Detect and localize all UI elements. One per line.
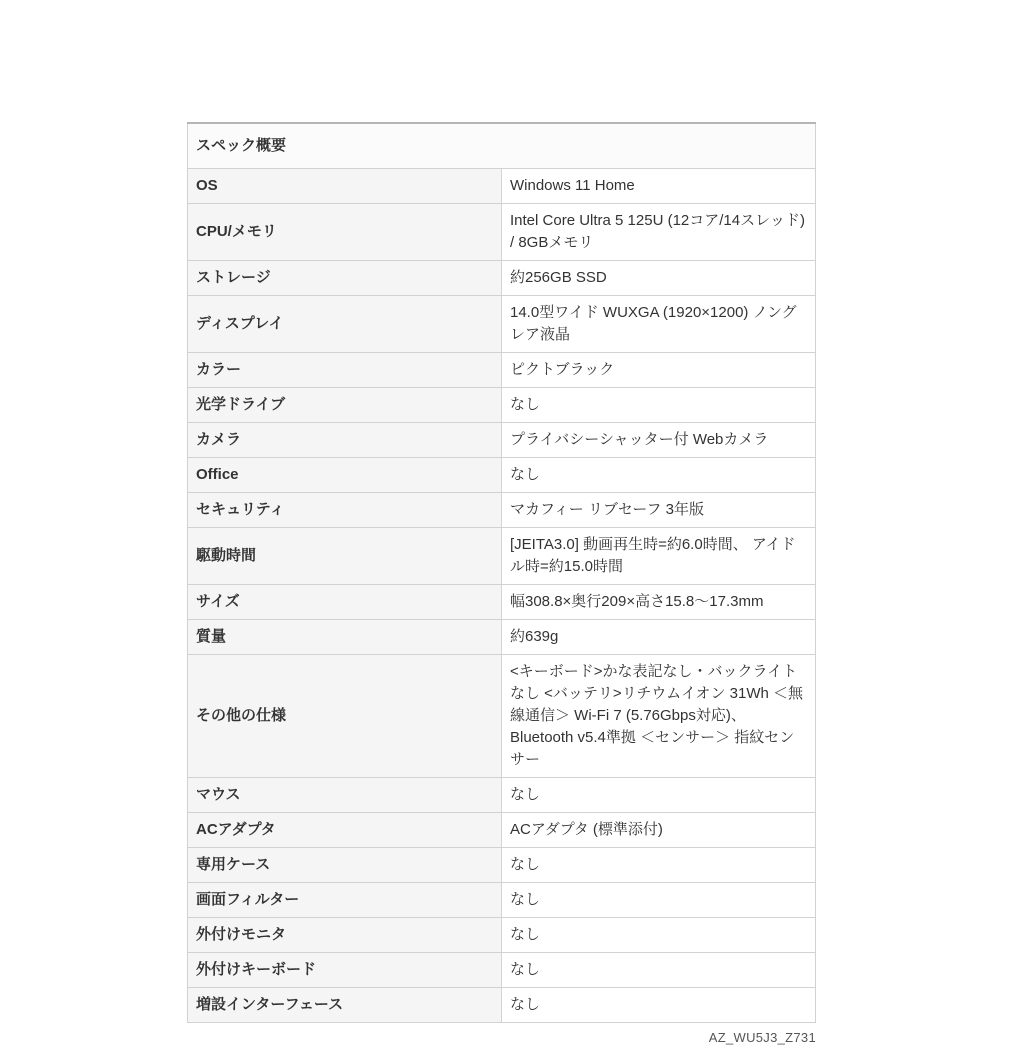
spec-value: ピクトブラック — [502, 352, 816, 387]
spec-label: 外付けモニタ — [188, 917, 502, 952]
spec-value: なし — [502, 457, 816, 492]
spec-label: セキュリティ — [188, 492, 502, 527]
spec-value: なし — [502, 847, 816, 882]
spec-value: なし — [502, 777, 816, 812]
table-row: Office なし — [188, 457, 816, 492]
spec-label: カラー — [188, 352, 502, 387]
spec-label: ストレージ — [188, 260, 502, 295]
spec-table-title-row: スペック概要 — [188, 123, 816, 168]
table-row: 光学ドライブ なし — [188, 387, 816, 422]
table-row: 増設インターフェース なし — [188, 987, 816, 1022]
spec-section: スペック概要 OS Windows 11 Home CPU/メモリ Intel … — [187, 122, 816, 1045]
spec-value: <キーボード>かな表記なし・バックライトなし <バッテリ>リチウムイオン 31W… — [502, 654, 816, 777]
table-row: 専用ケース なし — [188, 847, 816, 882]
spec-value: 約639g — [502, 619, 816, 654]
spec-value: なし — [502, 917, 816, 952]
table-row: ACアダプタ ACアダプタ (標準添付) — [188, 812, 816, 847]
spec-value: なし — [502, 882, 816, 917]
spec-label: OS — [188, 168, 502, 203]
spec-label: マウス — [188, 777, 502, 812]
table-row: 質量 約639g — [188, 619, 816, 654]
spec-table-body: OS Windows 11 Home CPU/メモリ Intel Core Ul… — [188, 168, 816, 1022]
spec-value: 約256GB SSD — [502, 260, 816, 295]
spec-value: プライバシーシャッター付 Webカメラ — [502, 422, 816, 457]
spec-label: 外付けキーボード — [188, 952, 502, 987]
table-row: ディスプレイ 14.0型ワイド WUXGA (1920×1200) ノングレア液… — [188, 295, 816, 352]
table-row: マウス なし — [188, 777, 816, 812]
spec-label: ACアダプタ — [188, 812, 502, 847]
spec-value: マカフィー リブセーフ 3年版 — [502, 492, 816, 527]
spec-value: なし — [502, 987, 816, 1022]
spec-label: 画面フィルター — [188, 882, 502, 917]
table-row: セキュリティ マカフィー リブセーフ 3年版 — [188, 492, 816, 527]
table-row: CPU/メモリ Intel Core Ultra 5 125U (12コア/14… — [188, 203, 816, 260]
table-row: 外付けキーボード なし — [188, 952, 816, 987]
table-row: 外付けモニタ なし — [188, 917, 816, 952]
table-row: カメラ プライバシーシャッター付 Webカメラ — [188, 422, 816, 457]
model-code: AZ_WU5J3_Z731 — [187, 1030, 816, 1045]
spec-label: 専用ケース — [188, 847, 502, 882]
spec-table-title: スペック概要 — [188, 123, 816, 168]
spec-label: Office — [188, 457, 502, 492]
spec-value: なし — [502, 387, 816, 422]
spec-value: 幅308.8×奥行209×高さ15.8～17.3mm — [502, 584, 816, 619]
spec-value: ACアダプタ (標準添付) — [502, 812, 816, 847]
table-row: その他の仕様 <キーボード>かな表記なし・バックライトなし <バッテリ>リチウム… — [188, 654, 816, 777]
spec-label: 駆動時間 — [188, 527, 502, 584]
table-row: サイズ 幅308.8×奥行209×高さ15.8～17.3mm — [188, 584, 816, 619]
spec-table: スペック概要 OS Windows 11 Home CPU/メモリ Intel … — [187, 122, 816, 1023]
spec-value: [JEITA3.0] 動画再生時=約6.0時間、 アイドル時=約15.0時間 — [502, 527, 816, 584]
table-row: カラー ピクトブラック — [188, 352, 816, 387]
spec-value: なし — [502, 952, 816, 987]
table-row: 駆動時間 [JEITA3.0] 動画再生時=約6.0時間、 アイドル時=約15.… — [188, 527, 816, 584]
spec-label: その他の仕様 — [188, 654, 502, 777]
spec-label: ディスプレイ — [188, 295, 502, 352]
spec-label: CPU/メモリ — [188, 203, 502, 260]
spec-label: サイズ — [188, 584, 502, 619]
spec-label: 光学ドライブ — [188, 387, 502, 422]
spec-label: 増設インターフェース — [188, 987, 502, 1022]
spec-label: カメラ — [188, 422, 502, 457]
table-row: OS Windows 11 Home — [188, 168, 816, 203]
table-row: ストレージ 約256GB SSD — [188, 260, 816, 295]
spec-value: Intel Core Ultra 5 125U (12コア/14スレッド) / … — [502, 203, 816, 260]
spec-label: 質量 — [188, 619, 502, 654]
spec-value: Windows 11 Home — [502, 168, 816, 203]
spec-value: 14.0型ワイド WUXGA (1920×1200) ノングレア液晶 — [502, 295, 816, 352]
table-row: 画面フィルター なし — [188, 882, 816, 917]
